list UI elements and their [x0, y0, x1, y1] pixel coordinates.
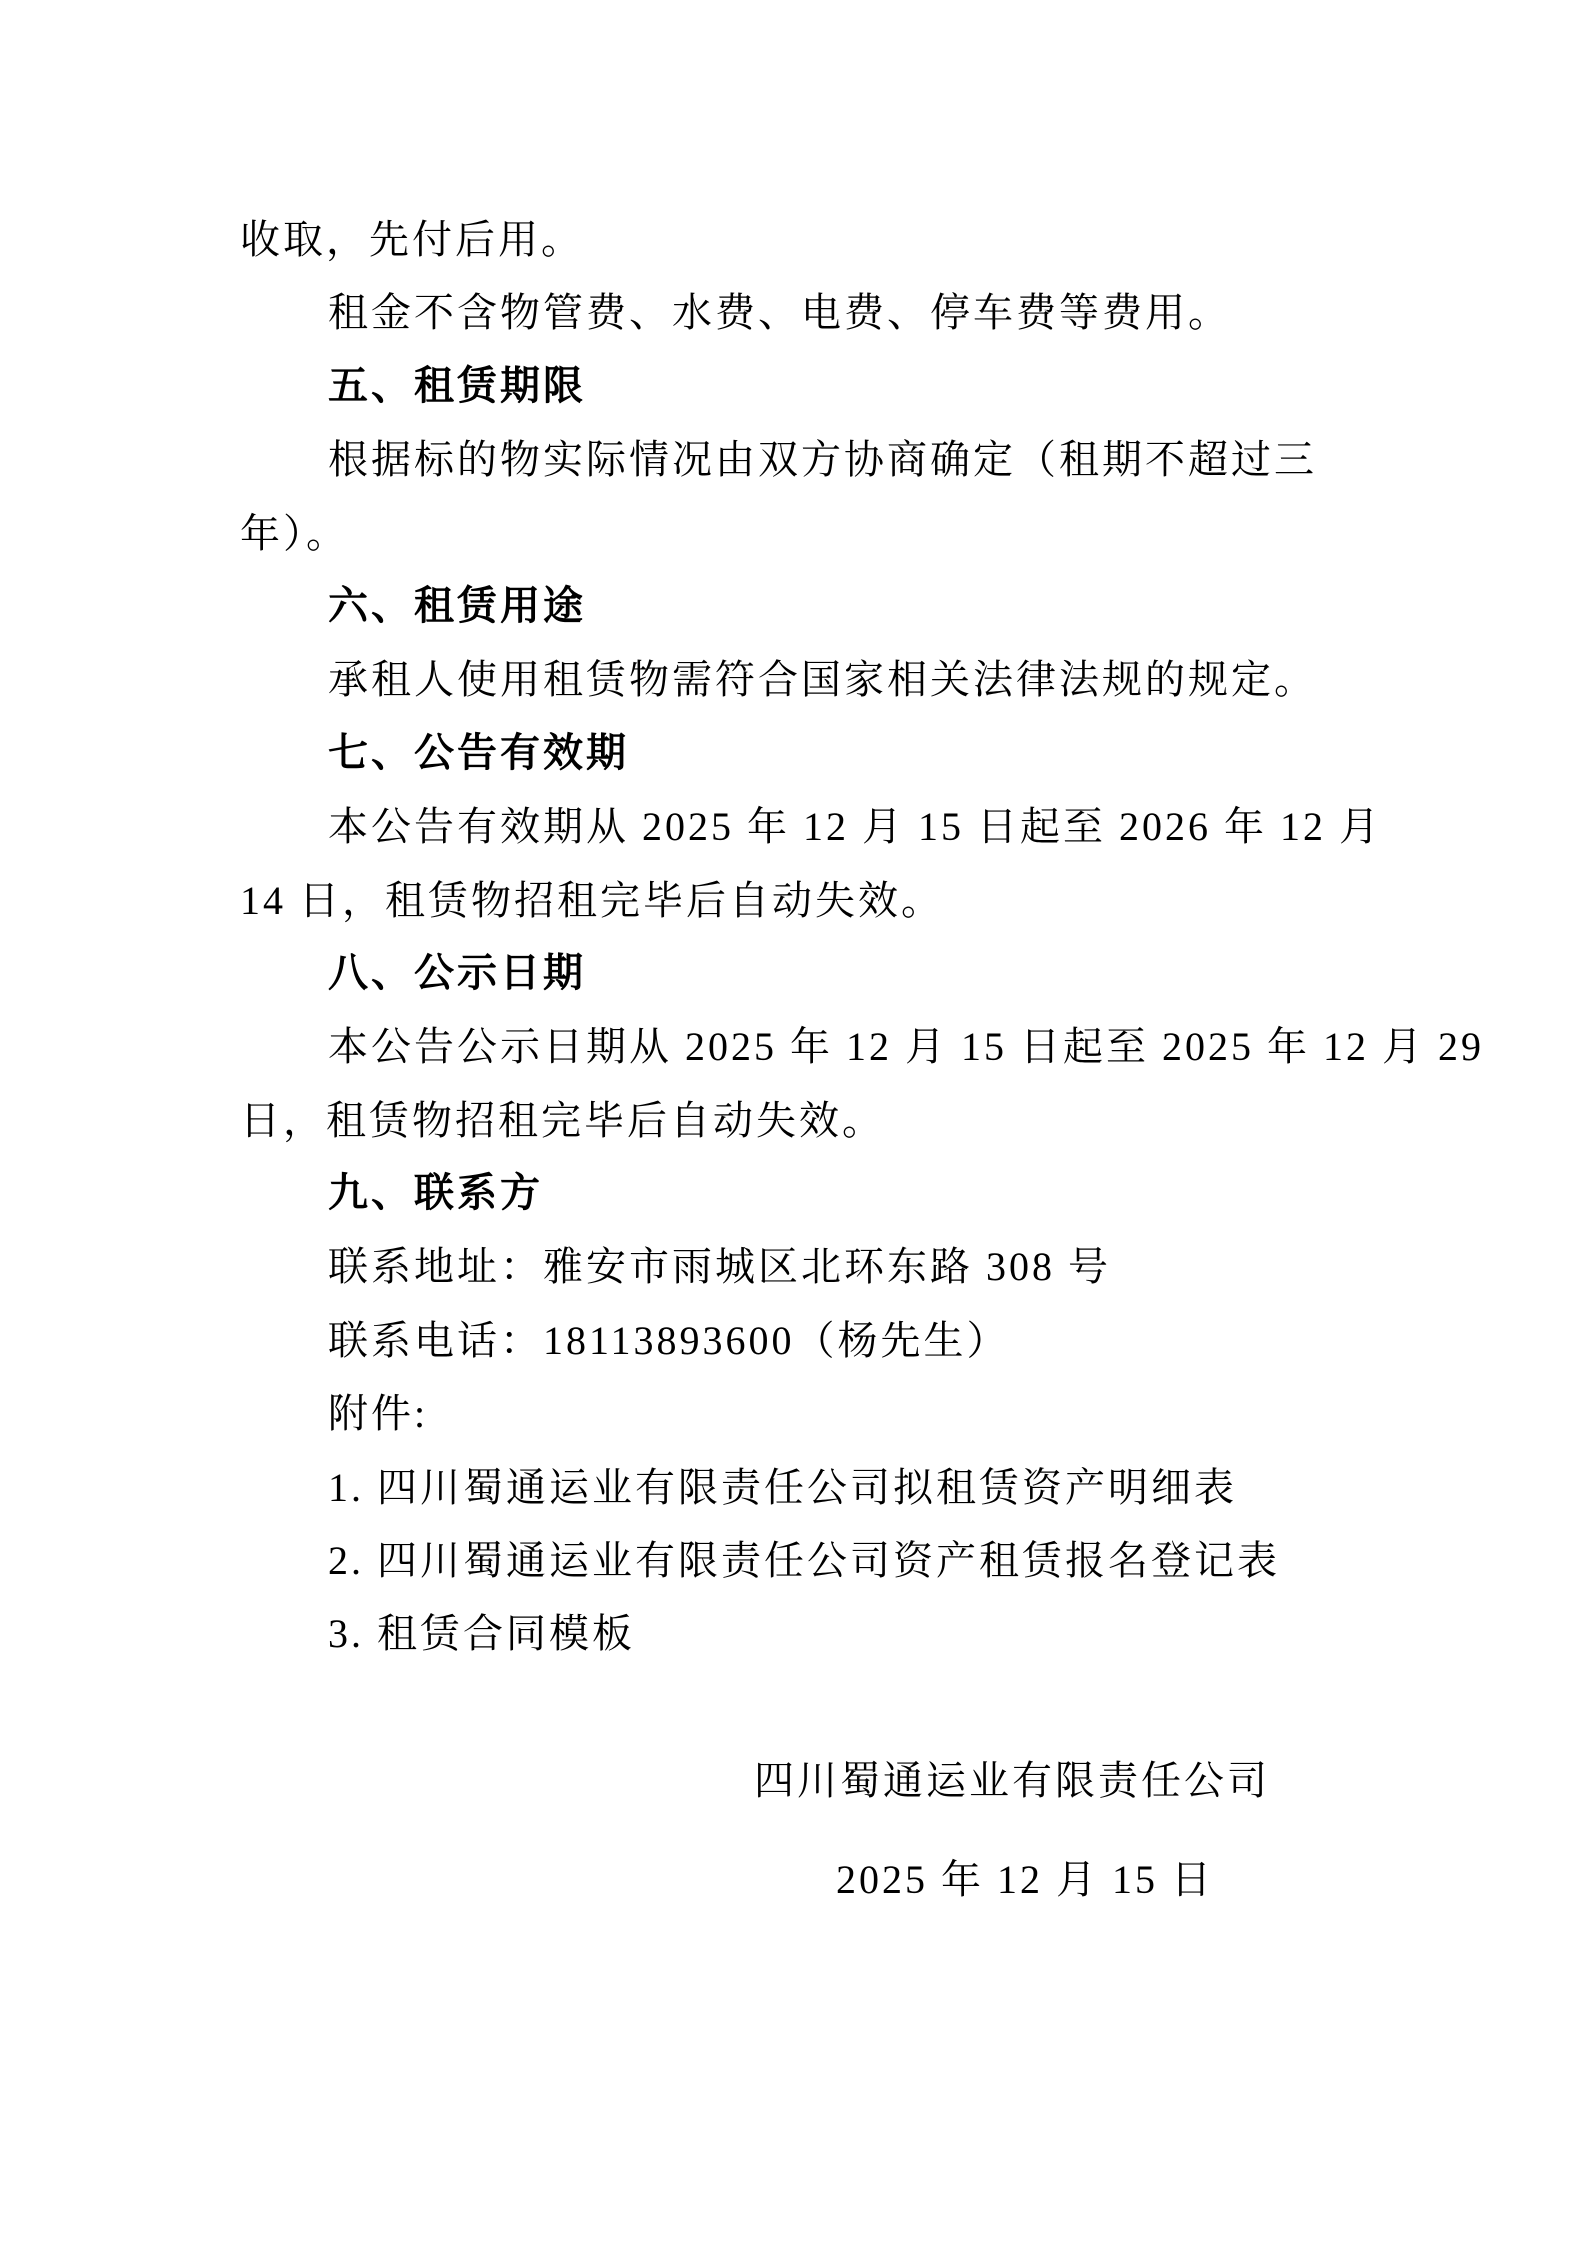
attachment-item-3: 3. 租赁合同模板 — [240, 1597, 1440, 1670]
contact-phone-line: 联系电话：18113893600（杨先生） — [240, 1304, 1440, 1377]
attachment-item-2: 2. 四川蜀通运业有限责任公司资产租赁报名登记表 — [240, 1524, 1440, 1597]
signature-company: 四川蜀通运业有限责任公司 — [240, 1744, 1440, 1817]
doc-line: 承租人使用租赁物需符合国家相关法律法规的规定。 — [240, 643, 1440, 716]
attachments-label: 附件: — [240, 1377, 1440, 1450]
section-heading-contact: 九、联系方 — [240, 1157, 1440, 1230]
doc-line: 收取，先付后用。 — [240, 203, 1440, 276]
signature-date: 2025 年 12 月 15 日 — [240, 1843, 1440, 1916]
attachment-item-1: 1. 四川蜀通运业有限责任公司拟租赁资产明细表 — [240, 1451, 1440, 1524]
doc-line: 租金不含物管费、水费、电费、停车费等费用。 — [240, 276, 1440, 349]
doc-line: 本公告有效期从 2025 年 12 月 15 日起至 2026 年 12 月 — [240, 790, 1440, 863]
doc-line: 根据标的物实际情况由双方协商确定（租期不超过三 — [240, 423, 1440, 496]
doc-line: 本公告公示日期从 2025 年 12 月 15 日起至 2025 年 12 月 … — [240, 1010, 1440, 1083]
section-heading-lease-term: 五、租赁期限 — [240, 350, 1440, 423]
section-heading-validity: 七、公告有效期 — [240, 717, 1440, 790]
section-heading-lease-use: 六、租赁用途 — [240, 570, 1440, 643]
document-page: 收取，先付后用。 租金不含物管费、水费、电费、停车费等费用。 五、租赁期限 根据… — [0, 0, 1587, 2245]
doc-line: 年）。 — [240, 497, 1440, 570]
section-heading-publicity-date: 八、公示日期 — [240, 937, 1440, 1010]
blank-line — [240, 1671, 1440, 1744]
doc-line: 14 日，租赁物招租完毕后自动失效。 — [240, 864, 1440, 937]
doc-line: 日，租赁物招租完毕后自动失效。 — [240, 1084, 1440, 1157]
contact-address-line: 联系地址：雅安市雨城区北环东路 308 号 — [240, 1230, 1440, 1303]
document-body: 收取，先付后用。 租金不含物管费、水费、电费、停车费等费用。 五、租赁期限 根据… — [240, 203, 1440, 1916]
